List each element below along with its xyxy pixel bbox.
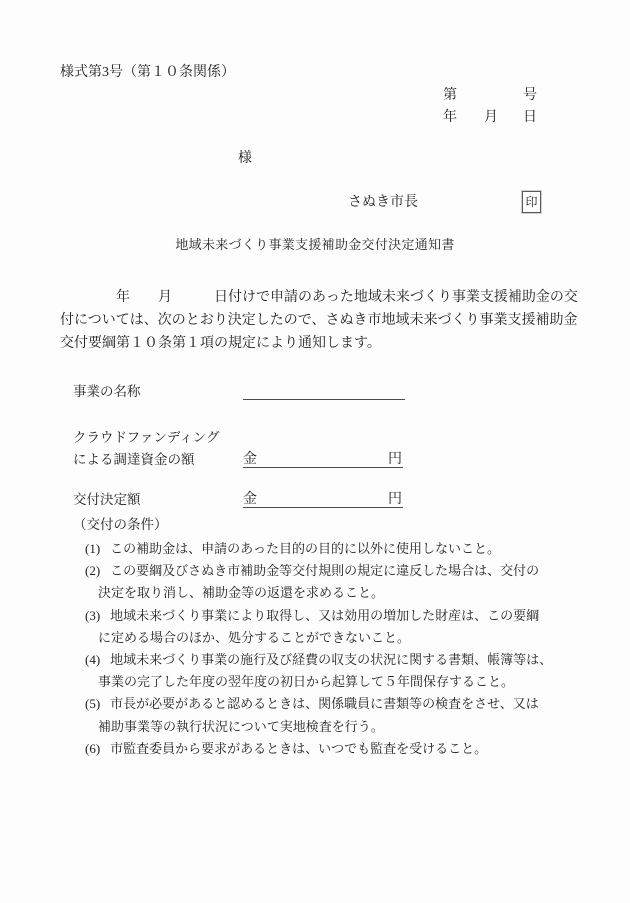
- crowdfunding-amount-prefix: 金: [243, 452, 257, 468]
- condition-number: (5): [85, 696, 100, 711]
- seal-mark: 印: [522, 191, 541, 213]
- condition-text: 地域未来づくり事業により取得し、又は効用の増加した財産は、この要綱 に定める場合…: [98, 608, 539, 645]
- condition-number: (2): [85, 563, 100, 578]
- project-name-blank-underline: [243, 399, 405, 400]
- condition-item-5: (5)市長が必要があると認めるときは、関係職員に書類等の検査をさせ、又は 補助事…: [85, 693, 590, 737]
- date-month-label: 月: [484, 110, 498, 126]
- crowdfunding-label-line2: による調達資金の額: [73, 452, 195, 468]
- doc-number-suffix: 号: [523, 88, 537, 104]
- condition-number: (6): [85, 741, 100, 756]
- seal-character: 印: [525, 195, 537, 209]
- date-day-label: 日: [523, 110, 537, 126]
- addressee-honorific: 様: [238, 151, 252, 167]
- grant-amount-label: 交付決定額: [73, 492, 141, 508]
- condition-item-3: (3)地域未来づくり事業により取得し、又は効用の増加した財産は、この要綱 に定め…: [85, 605, 590, 649]
- crowdfunding-label-line1: クラウドファンディング: [73, 430, 219, 446]
- document-title: 地域未来づくり事業支援補助金交付決定通知書: [0, 234, 630, 253]
- body-paragraph: 年 月 日付けで申請のあった地域未来づくり事業支援補助金の交 付については、次の…: [60, 286, 600, 356]
- grant-amount-prefix: 金: [243, 492, 257, 508]
- grant-amount-blank-underline: [243, 507, 403, 508]
- condition-text: 市監査委員から要求があるときは、いつでも監査を受けること。: [110, 741, 487, 756]
- condition-text: 地域未来づくり事業の施行及び経費の収支の状況に関する書類、帳簿等は、 事業の完了…: [98, 652, 552, 689]
- condition-item-1: (1)この補助金は、申請のあった目的の目的に以外に使用しないこと。: [85, 538, 590, 560]
- project-name-label: 事業の名称: [73, 384, 141, 400]
- condition-item-2: (2)この要綱及びさぬき市補助金等交付規則の規定に違反した場合は、交付の 決定を…: [85, 560, 590, 604]
- condition-number: (1): [85, 541, 100, 556]
- condition-number: (4): [85, 652, 100, 667]
- condition-text: この補助金は、申請のあった目的の目的に以外に使用しないこと。: [110, 541, 500, 556]
- doc-number-prefix: 第: [443, 88, 457, 104]
- date-year-label: 年: [443, 110, 457, 126]
- sender-name: さぬき市長: [348, 195, 418, 211]
- condition-text: 市長が必要があると認めるときは、関係職員に書類等の検査をさせ、又は 補助事業等の…: [98, 696, 539, 733]
- conditions-list: (1)この補助金は、申請のあった目的の目的に以外に使用しないこと。(2)この要綱…: [85, 538, 590, 760]
- form-number: 様式第3号（第１０条関係）: [60, 65, 235, 81]
- crowdfunding-amount-blank-underline: [243, 467, 403, 468]
- grant-amount-suffix: 円: [388, 492, 402, 508]
- condition-item-6: (6)市監査委員から要求があるときは、いつでも監査を受けること。: [85, 738, 590, 760]
- conditions-heading: （交付の条件）: [73, 517, 168, 533]
- document-page: 様式第3号（第１０条関係） 第 号 年 月 日 様 さぬき市長 印 地域未来づく…: [0, 0, 630, 903]
- condition-item-4: (4)地域未来づくり事業の施行及び経費の収支の状況に関する書類、帳簿等は、 事業…: [85, 649, 590, 693]
- crowdfunding-amount-suffix: 円: [388, 452, 402, 468]
- condition-number: (3): [85, 608, 100, 623]
- condition-text: この要綱及びさぬき市補助金等交付規則の規定に違反した場合は、交付の 決定を取り消…: [98, 563, 539, 600]
